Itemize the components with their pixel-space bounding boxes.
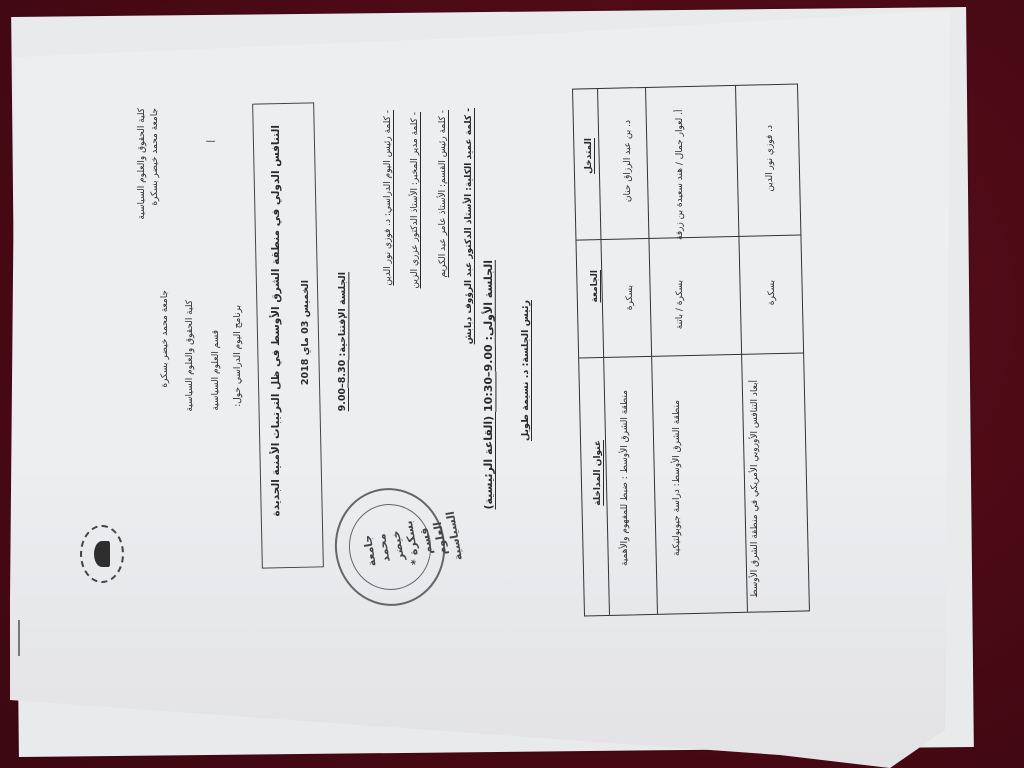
event-date: الخميس 03 ماي 2018 <box>300 280 311 385</box>
row1-university: بسكرة <box>625 285 636 310</box>
speech-line-2: - كلمة مدير المخبر: الأستاذ الدكتور عزري… <box>410 112 421 288</box>
margin-mark <box>18 620 20 656</box>
row2-university: بسكرة / باتنة <box>675 280 686 329</box>
speech-line-3: - كلمة رئيس القسم: الأستاذ عامر عبد الكر… <box>438 110 449 277</box>
row2-topic: منطقة الشرق الأوسط: دراسة جيوبولتيكية <box>672 400 683 556</box>
speech-line-4: - كلمة عميد الكلية: الأستاذ الدكتور عبد … <box>464 108 475 344</box>
first-session-heading: الجلسة الأولى: 9.00–10:30 (القاعة الرئيس… <box>482 260 495 510</box>
header-speaker: المتدخل <box>584 138 595 174</box>
header-department: قسم العلوم السياسية <box>211 330 222 411</box>
header-faculty: كلية الحقوق والعلوم السياسية <box>185 300 196 412</box>
header-topic: عنوان المداخلة <box>593 440 604 506</box>
header-program: برنامج اليوم الدراسي حول: <box>233 305 244 407</box>
lab-logo-icon <box>80 525 124 583</box>
title-box <box>252 102 324 568</box>
opening-session: الجلسة الإفتتاحية: 8.30–9.00 <box>337 272 348 411</box>
row2-speaker: أ. لعوار جمال / هند سعيدة بن زرفة <box>675 110 686 280</box>
stamp-text: جامعة محمد خيضر بسكرة * قسم العلوم السيا… <box>358 511 424 582</box>
institution-line-1: كلية الحقوق والعلوم السياسية <box>137 108 148 220</box>
header-university: جامعة محمد خيضر بسكرة <box>160 290 171 388</box>
logo-mark <box>94 541 110 567</box>
institution-line-2: جامعة محمد خيضر بسكرة <box>150 108 161 206</box>
document-content: كلية الحقوق والعلوم السياسية جامعة محمد … <box>0 0 1024 768</box>
row3-topic: أبعاد التنافس الأوروبي الأمريكي في منطقة… <box>750 380 761 598</box>
university-stamp: جامعة محمد خيضر بسكرة * قسم العلوم السيا… <box>326 479 455 614</box>
header-university: الجامعة <box>590 270 601 302</box>
row1-speaker: د. بن عبد الرزاق حنان <box>623 120 634 202</box>
row1-topic: منطقة الشرق الأوسط : ضبط للمفهوم والأهمي… <box>620 390 631 566</box>
row3-university: بسكرة <box>767 280 778 305</box>
row3-speaker: د. فوزي نور الدين <box>765 125 776 192</box>
page-mark: أ <box>208 140 219 143</box>
document-title: التنافس الدولي في منطقة الشرق الأوسط في … <box>270 125 283 517</box>
session-chair: رئيس الجلسة: د. نسيمة طويل <box>520 300 531 441</box>
speech-line-1: - كلمة رئيس اليوم الدراسي: د. فوزي نور ا… <box>383 110 394 286</box>
